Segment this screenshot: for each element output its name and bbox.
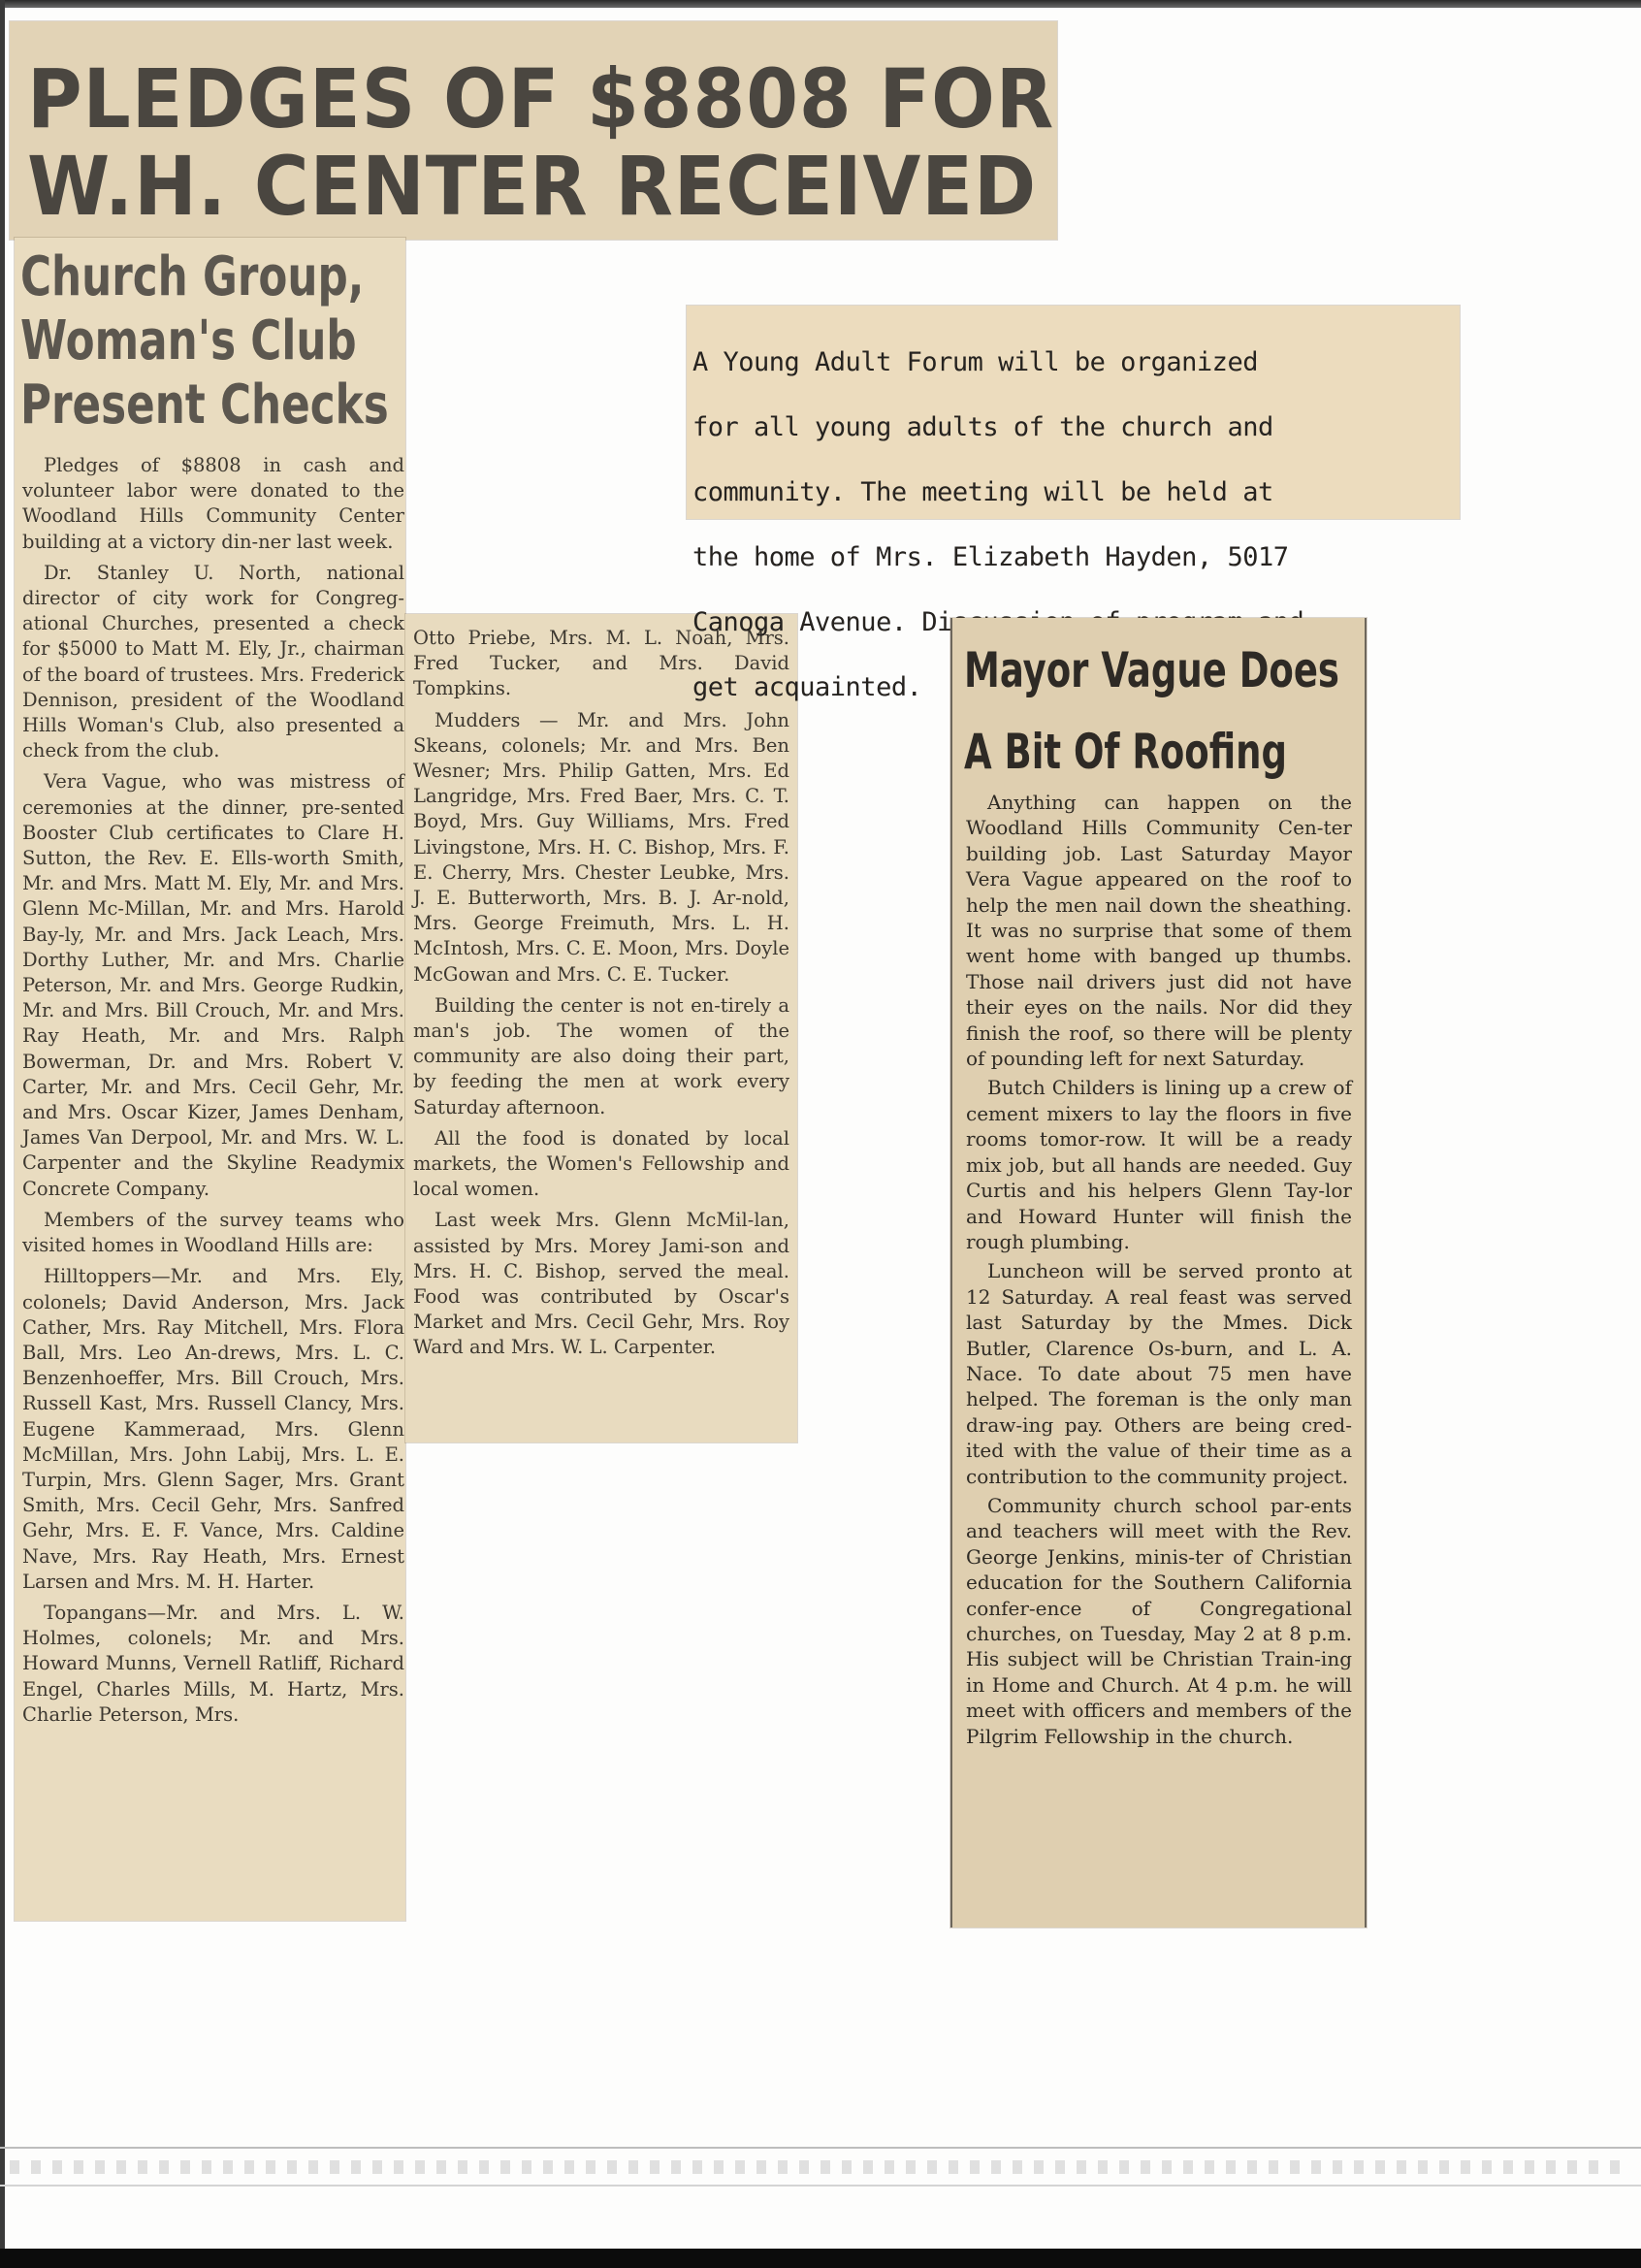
paragraph: Mudders — Mr. and Mrs. John Skeans, colo… [413,708,789,988]
subhead-line: Church Group, [20,245,389,309]
typed-line: the home of Mrs. Elizabeth Hayden, 5017 [692,541,1459,574]
right-article-subhead: Mayor Vague Does A Bit Of Roofing [964,630,1339,793]
left-article-clipping: Church Group, Woman's Club Present Check… [15,238,405,1921]
paragraph: Luncheon will be served pronto at 12 Sat… [966,1258,1352,1489]
subhead-line: A Bit Of Roofing [964,711,1339,793]
scanner-top-edge [0,0,1641,8]
scanner-left-edge [0,0,5,2268]
typed-line: community. The meeting will be held at [692,476,1459,509]
paragraph: Anything can happen on the Woodland Hill… [966,790,1352,1071]
subhead-line: Present Checks [20,373,389,437]
paragraph: Pledges of $8808 in cash and volunteer l… [22,453,404,555]
paragraph: Members of the survey teams who visited … [22,1208,404,1258]
headline-clipping: PLEDGES OF $8808 FOR W.H. CENTER RECEIVE… [10,21,1057,240]
scanner-perforation-strip [10,2160,1629,2174]
headline-line-2: W.H. CENTER RECEIVED [27,146,1037,227]
paragraph: Vera Vague, who was mistress of ceremoni… [22,769,404,1201]
subhead-line: Woman's Club [20,309,389,373]
paragraph: Dr. Stanley U. North, national director … [22,561,404,764]
left-article-subhead: Church Group, Woman's Club Present Check… [20,245,389,437]
paragraph: Building the center is not en-tirely a m… [413,993,789,1120]
typed-line: A Young Adult Forum will be organized [692,346,1459,379]
paragraph: Butch Childers is lining up a crew of ce… [966,1075,1352,1254]
middle-article-body: Otto Priebe, Mrs. M. L. Noah, Mrs. Fred … [413,626,789,1367]
paragraph: Hilltoppers—Mr. and Mrs. Ely, colonels; … [22,1264,404,1595]
paragraph: All the food is donated by local markets… [413,1126,789,1203]
scanner-line [0,2185,1641,2187]
right-article-body: Anything can happen on the Woodland Hill… [966,790,1352,1753]
scanner-bottom-edge [0,2249,1641,2268]
right-article-clipping: Mayor Vague Does A Bit Of Roofing Anythi… [950,618,1367,1928]
headline-line-1: PLEDGES OF $8808 FOR [27,58,1054,140]
paragraph: Community church school par-ents and tea… [966,1493,1352,1749]
middle-article-clipping: Otto Priebe, Mrs. M. L. Noah, Mrs. Fred … [405,614,797,1442]
scanner-line [0,2147,1641,2149]
subhead-line: Mayor Vague Does [964,630,1339,711]
paragraph: Last week Mrs. Glenn McMil-lan, assisted… [413,1208,789,1360]
paragraph: Topangans—Mr. and Mrs. L. W. Holmes, col… [22,1601,404,1728]
typed-line: for all young adults of the church and [692,411,1459,444]
left-article-body: Pledges of $8808 in cash and volunteer l… [22,453,404,1733]
typed-note-clipping: A Young Adult Forum will be organized fo… [687,306,1460,519]
